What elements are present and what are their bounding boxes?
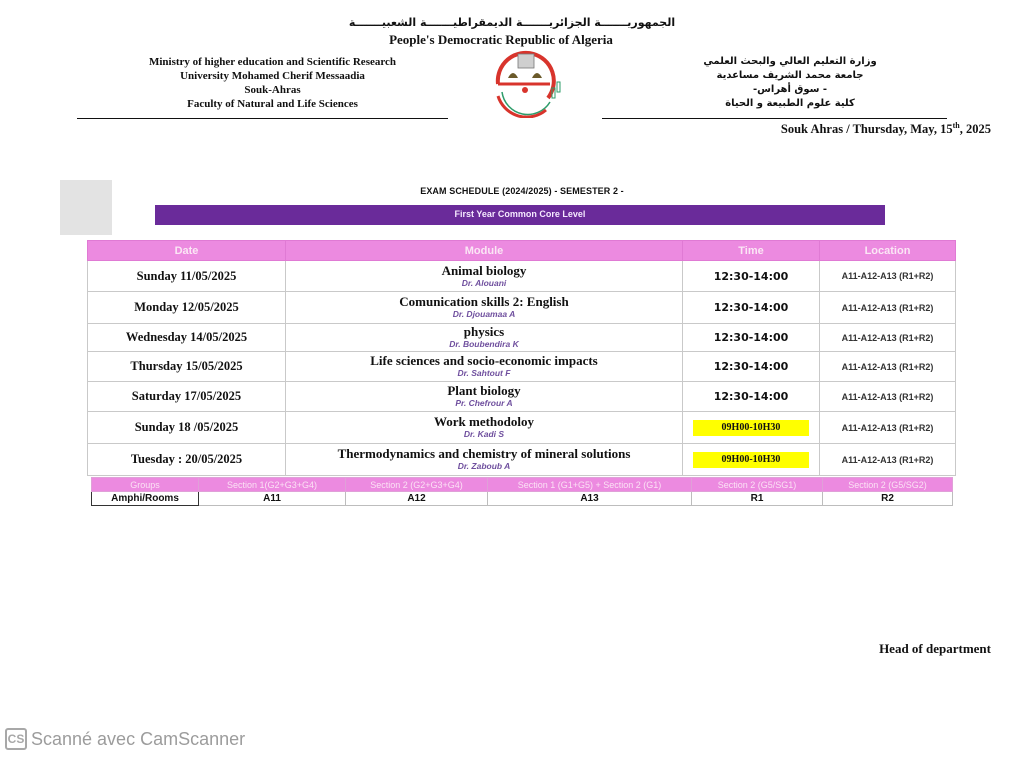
rooms-table: Groups Section 1(G2+G3+G4) Section 2 (G2… (91, 477, 953, 506)
exam-location: A11-A12-A13 (R1+R2) (820, 382, 956, 412)
exam-location: A11-A12-A13 (R1+R2) (820, 444, 956, 476)
exam-time: 12:30-14:00 (683, 382, 820, 412)
exam-time: 09H00-10H30 (683, 412, 820, 444)
camscanner-icon: CS (5, 728, 27, 750)
time-text: 12:30-14:00 (714, 390, 789, 403)
table-row: Monday 12/05/2025Comunication skills 2: … (88, 292, 956, 324)
city-line: Souk-Ahras (100, 83, 445, 97)
exam-time: 12:30-14:00 (683, 292, 820, 324)
exam-module: Thermodynamics and chemistry of mineral … (286, 444, 683, 476)
exam-date: Saturday 17/05/2025 (88, 382, 286, 412)
room-value: R1 (692, 492, 823, 506)
highlighted-time: 09H00-10H30 (693, 452, 809, 468)
table-row: Sunday 18 /05/2025Work methodoloyDr. Kad… (88, 412, 956, 444)
level-banner: First Year Common Core Level (155, 205, 885, 225)
exam-module: Plant biologyPr. Chefrour A (286, 382, 683, 412)
highlighted-time: 09H00-10H30 (693, 420, 809, 436)
exam-date: Monday 12/05/2025 (88, 292, 286, 324)
table-row: Thursday 15/05/2025Life sciences and soc… (88, 352, 956, 382)
exam-time: 12:30-14:00 (683, 352, 820, 382)
exam-schedule-title: EXAM SCHEDULE (2024/2025) - SEMESTER 2 - (0, 186, 1024, 196)
module-title: Work methodoloy (286, 415, 682, 429)
exam-date: Sunday 11/05/2025 (88, 261, 286, 292)
room-value: A12 (346, 492, 488, 506)
exam-module: Life sciences and socio-economic impacts… (286, 352, 683, 382)
divider-left (77, 118, 448, 119)
module-title: Animal biology (286, 264, 682, 278)
exam-location: A11-A12-A13 (R1+R2) (820, 261, 956, 292)
section-header: Section 2 (G5/SG1) (692, 478, 823, 492)
signature-label: Head of department (879, 641, 991, 657)
camscanner-watermark: CS Scanné avec CamScanner (5, 728, 245, 750)
rooms-header-row: Groups Section 1(G2+G3+G4) Section 2 (G2… (92, 478, 953, 492)
room-value: A13 (488, 492, 692, 506)
exam-date: Thursday 15/05/2025 (88, 352, 286, 382)
exam-module: Animal biologyDr. Alouani (286, 261, 683, 292)
university-logo-icon (488, 44, 564, 118)
col-date: Date (88, 241, 286, 261)
exam-module: physicsDr. Boubendira K (286, 324, 683, 352)
university-line: University Mohamed Cherif Messaadia (100, 69, 445, 83)
table-row: Tuesday : 20/05/2025Thermodynamics and c… (88, 444, 956, 476)
table-row: Saturday 17/05/2025Plant biologyPr. Chef… (88, 382, 956, 412)
exam-schedule-table: Date Module Time Location Sunday 11/05/2… (87, 240, 956, 476)
module-teacher: Dr. Sahtout F (286, 368, 682, 379)
section-header: Section 2 (G5/SG2) (823, 478, 953, 492)
groups-header: Groups (92, 478, 199, 492)
module-title: Plant biology (286, 384, 682, 398)
table-header-row: Date Module Time Location (88, 241, 956, 261)
time-text: 12:30-14:00 (714, 270, 789, 283)
table-row: Sunday 11/05/2025Animal biologyDr. Aloua… (88, 261, 956, 292)
exam-location: A11-A12-A13 (R1+R2) (820, 292, 956, 324)
section-header: Section 2 (G2+G3+G4) (346, 478, 488, 492)
time-text: 12:30-14:00 (714, 360, 789, 373)
module-title: physics (286, 325, 682, 339)
module-title: Comunication skills 2: English (286, 295, 682, 309)
exam-time: 12:30-14:00 (683, 324, 820, 352)
exam-date: Tuesday : 20/05/2025 (88, 444, 286, 476)
time-text: 12:30-14:00 (714, 331, 789, 344)
col-location: Location (820, 241, 956, 261)
col-module: Module (286, 241, 683, 261)
faculty-line: Faculty of Natural and Life Sciences (100, 97, 445, 111)
col-time: Time (683, 241, 820, 261)
module-title: Life sciences and socio-economic impacts (286, 354, 682, 368)
module-teacher: Pr. Chefrour A (286, 398, 682, 409)
city-line-ar: - سوق أهراس- (640, 83, 940, 97)
module-teacher: Dr. Kadi S (286, 429, 682, 440)
exam-date: Wednesday 14/05/2025 (88, 324, 286, 352)
table-row: Wednesday 14/05/2025physicsDr. Boubendir… (88, 324, 956, 352)
exam-location: A11-A12-A13 (R1+R2) (820, 352, 956, 382)
exam-module: Work methodoloyDr. Kadi S (286, 412, 683, 444)
module-teacher: Dr. Zaboub A (286, 461, 682, 472)
watermark-text: Scanné avec CamScanner (31, 729, 245, 750)
section-header: Section 1 (G1+G5) + Section 2 (G1) (488, 478, 692, 492)
module-title: Thermodynamics and chemistry of mineral … (286, 447, 682, 461)
section-header: Section 1(G2+G3+G4) (199, 478, 346, 492)
exam-location: A11-A12-A13 (R1+R2) (820, 412, 956, 444)
divider-right (602, 118, 947, 119)
module-teacher: Dr. Djouamaa A (286, 309, 682, 320)
institution-right: وزارة التعليم العالي والبحث العلمي جامعة… (640, 55, 940, 111)
exam-location: A11-A12-A13 (R1+R2) (820, 324, 956, 352)
room-value: A11 (199, 492, 346, 506)
ministry-line-ar: وزارة التعليم العالي والبحث العلمي (640, 55, 940, 69)
ministry-line: Ministry of higher education and Scienti… (100, 55, 445, 69)
module-teacher: Dr. Alouani (286, 278, 682, 289)
exam-module: Comunication skills 2: EnglishDr. Djouam… (286, 292, 683, 324)
module-teacher: Dr. Boubendira K (286, 339, 682, 350)
university-line-ar: جامعة محمد الشريف مساعدية (640, 69, 940, 83)
exam-time: 09H00-10H30 (683, 444, 820, 476)
room-value: R2 (823, 492, 953, 506)
rooms-value-row: Amphi/Rooms A11 A12 A13 R1 R2 (92, 492, 953, 506)
institution-left: Ministry of higher education and Scienti… (100, 55, 445, 111)
faculty-line-ar: كلية علوم الطبيعة و الحياة (640, 97, 940, 111)
exam-time: 12:30-14:00 (683, 261, 820, 292)
exam-date: Sunday 18 /05/2025 (88, 412, 286, 444)
republic-arabic: الجمهوريـــــــة الجزائريـــــــة الديمق… (0, 16, 1024, 29)
rooms-label: Amphi/Rooms (92, 492, 199, 506)
document-date: Souk Ahras / Thursday, May, 15th, 2025 (781, 121, 991, 137)
time-text: 12:30-14:00 (714, 301, 789, 314)
